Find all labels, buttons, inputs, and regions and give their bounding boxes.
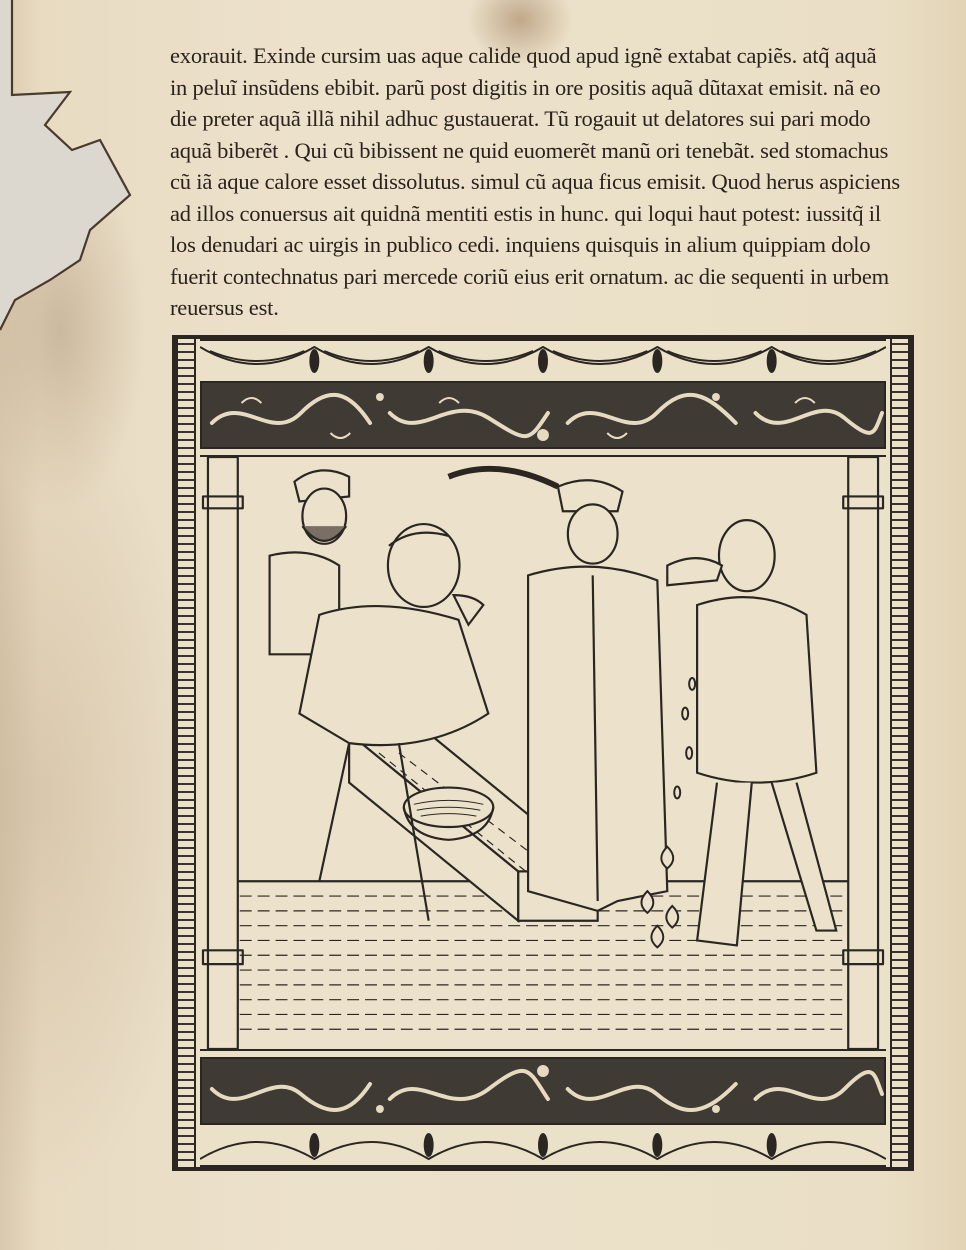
scene-drawing bbox=[200, 457, 886, 1049]
flask bbox=[667, 558, 722, 585]
text-line: cũ iã aque calore esset dissolutus. simu… bbox=[170, 166, 920, 198]
text-line: fuerit contechnatus pari mercede coriũ e… bbox=[170, 261, 920, 293]
text-line: aquã biberẽt . Qui cũ bibissent ne quid … bbox=[170, 135, 920, 167]
text-line: ad illos conuersus ait quidnã mentiti es… bbox=[170, 198, 920, 230]
right-column bbox=[848, 457, 878, 1049]
page-background: exorauit. Exinde cursim uas aque calide … bbox=[0, 0, 966, 1250]
text-line: reuersus est. bbox=[170, 292, 920, 324]
arch-garland-band bbox=[200, 1123, 886, 1167]
left-border-pillar bbox=[176, 339, 196, 1167]
left-column bbox=[208, 457, 238, 1049]
torn-page-corner bbox=[0, 0, 140, 340]
arch-garland-band bbox=[200, 339, 886, 383]
text-line: exorauit. Exinde cursim uas aque calide … bbox=[170, 40, 920, 72]
vine-scroll-band bbox=[200, 381, 886, 449]
text-line: los denudari ac uirgis in publico cedi. … bbox=[170, 229, 920, 261]
woodcut-illustration bbox=[172, 335, 914, 1171]
right-border-pillar bbox=[890, 339, 910, 1167]
bottom-ornamental-frieze bbox=[200, 1055, 886, 1167]
text-line: in peluĩ insũdens ebibit. parũ post digi… bbox=[170, 72, 920, 104]
woodcut-scene bbox=[200, 455, 886, 1051]
top-ornamental-frieze bbox=[200, 339, 886, 451]
vine-scroll-band bbox=[200, 1057, 886, 1125]
text-line: die preter aquã illã nihil adhuc gustaue… bbox=[170, 103, 920, 135]
body-text: exorauit. Exinde cursim uas aque calide … bbox=[170, 40, 920, 324]
